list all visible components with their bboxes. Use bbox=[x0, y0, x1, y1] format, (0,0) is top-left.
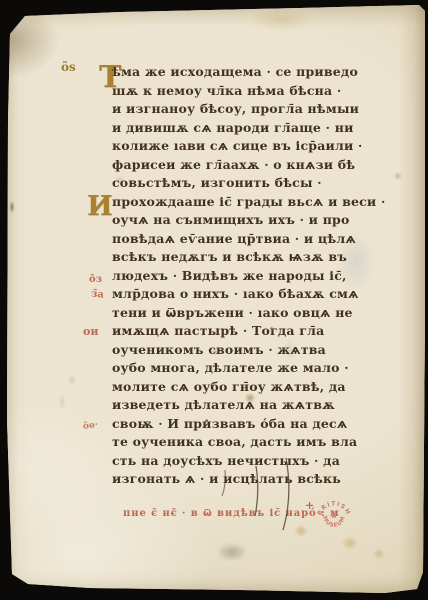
text-block: ѣма же исходащема · се приведо шѫ к немо… bbox=[112, 63, 387, 489]
manuscript-page: о̃ѕ Т И ѣма же исходащема · се приведо ш… bbox=[0, 0, 428, 600]
text-line: имѫщѧ пастырѣ · Тогда гл̄а bbox=[112, 322, 387, 341]
margin-chapter-number: о̃ѳ· bbox=[82, 420, 98, 432]
margin-chapter-number: о̃з bbox=[89, 274, 102, 285]
text-line: совьстѣмъ, изгонить бѣсы · bbox=[112, 174, 387, 193]
text-line: молите сѧ оубо гн̄оу жѧтвѣ, да bbox=[112, 378, 387, 397]
quire-number: о̃ѕ bbox=[61, 60, 76, 74]
margin-lection-mark: з̃а bbox=[90, 288, 104, 300]
text-line: изведеть дѣлателѧ на жѧтвѫ bbox=[112, 396, 387, 415]
margin-chapter-number: ои bbox=[83, 325, 99, 338]
photo-background: о̃ѕ Т И ѣма же исходащема · се приведо ш… bbox=[0, 0, 428, 600]
red-punctuation-dot: · bbox=[204, 416, 209, 426]
text-line: повѣдаѧ еѵ̄ание цр̄твиа · и цѣлѧ bbox=[112, 230, 387, 249]
text-line: фарисеи же гл̄аахѫ · о кнѧзи бѣ bbox=[112, 156, 387, 175]
text-line: прохождааше іс̄ грады вьсѧ и веси · bbox=[112, 193, 387, 212]
text-line: колиже ıави сѧ сице въ іср̄аили · bbox=[112, 137, 387, 156]
text-line: шѫ к немоу чл̄ка нѣма бѣсна · bbox=[112, 82, 387, 101]
text-line: людехъ · Видѣвъ же народы іс̄, bbox=[112, 267, 387, 286]
text-line: тени и ѿвръжени · ıако овцѧ не bbox=[112, 304, 387, 323]
red-punctuation-dot: · bbox=[269, 324, 274, 334]
text-line: оученикомъ своимъ · жѧтва bbox=[112, 341, 387, 360]
text-line: и дивишѫ сѧ народи гл̄аще · ни bbox=[112, 119, 387, 138]
text-line: те оученика своа, дасть имъ вла bbox=[112, 433, 387, 452]
illuminated-initial-i: И bbox=[87, 193, 113, 220]
text-line: изгонать ѧ · и исцѣлать всѣкь bbox=[112, 470, 387, 489]
text-line: своѭ · И призвавъ о́ба на десѧ bbox=[112, 415, 387, 434]
text-line: оубо многа, дѣлателе же мало · bbox=[112, 359, 387, 378]
text-line: оучѧ на сънмищихъ ихъ · и про bbox=[112, 211, 387, 230]
british-museum-stamp: BRITISH MUSEUM ♛ bbox=[316, 497, 352, 533]
text-line: всѣкъ недѫгъ и всѣкѫ ѩзѫ въ bbox=[112, 248, 387, 267]
crown-icon: ♛ bbox=[330, 510, 339, 521]
rubric-cross-icon: + bbox=[305, 499, 314, 512]
text-line: ѣма же исходащема · се приведо bbox=[112, 63, 387, 82]
text-line: и изгнаноу бѣсоу, прогл̄а нѣмыи bbox=[112, 100, 387, 119]
text-line: млр̄дова о нихъ · ıако бѣахѫ смѧ bbox=[112, 285, 387, 304]
text-line: сть на доусѣхъ нечистыхъ · да bbox=[112, 452, 387, 471]
